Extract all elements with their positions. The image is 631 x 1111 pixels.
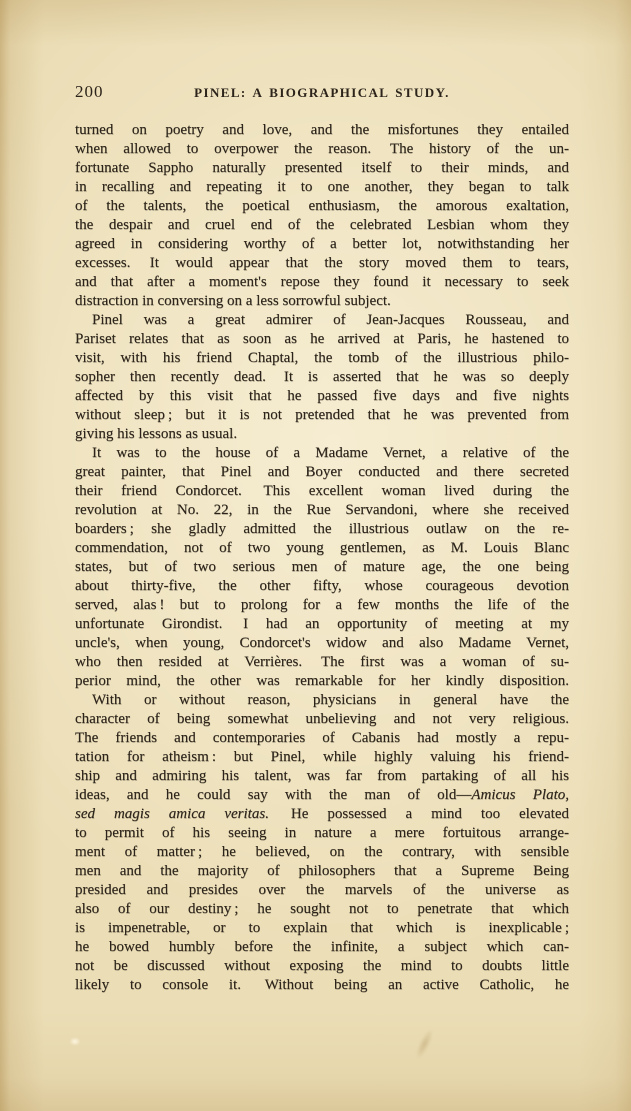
text-line: also of our destiny ; he sought not to p…: [75, 900, 569, 919]
text-line: the despair and cruel end of the celebra…: [75, 216, 569, 235]
text-line: about thirty-five, the other fifty, whos…: [75, 577, 569, 596]
paragraph: With or without reason, physicians in ge…: [75, 691, 569, 995]
text-line: giving his lessons as usual.: [75, 425, 569, 444]
text-line: With or without reason, physicians in ge…: [75, 691, 569, 710]
text-line: without sleep ; but it is not pretended …: [75, 406, 569, 425]
text-line: distraction in conversing on a less sorr…: [75, 292, 569, 311]
text-line: tation for atheism : but Pinel, while hi…: [75, 748, 569, 767]
text-line: is impenetrable, or to explain that whic…: [75, 919, 569, 938]
text-line: The friends and contemporaries of Cabani…: [75, 729, 569, 748]
text-line: turned on poetry and love, and the misfo…: [75, 121, 569, 140]
text-line: of the talents, the poetical enthusiasm,…: [75, 197, 569, 216]
text-line: Pariset relates that as soon as he arriv…: [75, 330, 569, 349]
text-line: affected by this visit that he passed fi…: [75, 387, 569, 406]
text-line: presided and presides over the marvels o…: [75, 881, 569, 900]
text-line: agreed in considering worthy of a better…: [75, 235, 569, 254]
text-line: when allowed to overpower the reason. Th…: [75, 140, 569, 159]
text-line: It was to the house of a Madame Vernet, …: [75, 444, 569, 463]
text-line: in recalling and repeating it to one ano…: [75, 178, 569, 197]
text-line: and that after a moment's repose they fo…: [75, 273, 569, 292]
page-body: turned on poetry and love, and the misfo…: [75, 121, 569, 995]
text-line: he bowed humbly before the infinite, a s…: [75, 938, 569, 957]
text-block: 200 PINEL: A BIOGRAPHICAL STUDY. turned …: [75, 82, 569, 995]
text-line: their friend Condorcet. This excellent w…: [75, 482, 569, 501]
text-line: to permit of his seeing in nature a mere…: [75, 824, 569, 843]
text-line: Pinel was a great admirer of Jean-Jacque…: [75, 311, 569, 330]
text-line: sed magis amica veritas. He possessed a …: [75, 805, 569, 824]
text-line: uncle's, when young, Condorcet's widow a…: [75, 634, 569, 653]
text-line: not be discussed without exposing the mi…: [75, 957, 569, 976]
paper-spot: [68, 1036, 82, 1047]
text-line: sopher then recently dead. It is asserte…: [75, 368, 569, 387]
text-line: ideas, and he could say with the man of …: [75, 786, 569, 805]
page-header: 200 PINEL: A BIOGRAPHICAL STUDY.: [75, 82, 569, 102]
paragraph: Pinel was a great admirer of Jean-Jacque…: [75, 311, 569, 444]
text-line: men and the majority of philosophers tha…: [75, 862, 569, 881]
paper-smudge: [409, 1021, 440, 1066]
paragraph: turned on poetry and love, and the misfo…: [75, 121, 569, 311]
scanned-book-page: 200 PINEL: A BIOGRAPHICAL STUDY. turned …: [0, 0, 631, 1111]
text-line: commendation, not of two young gentlemen…: [75, 539, 569, 558]
text-line: character of being somewhat unbelieving …: [75, 710, 569, 729]
text-line: who then resided at Verrières. The first…: [75, 653, 569, 672]
running-title: PINEL: A BIOGRAPHICAL STUDY.: [75, 85, 569, 101]
text-line: revolution at No. 22, in the Rue Servand…: [75, 501, 569, 520]
text-line: ship and admiring his talent, was far fr…: [75, 767, 569, 786]
text-line: fortunate Sappho naturally presented its…: [75, 159, 569, 178]
text-line: perior mind, the other was remarkable fo…: [75, 672, 569, 691]
text-line: visit, with his friend Chaptal, the tomb…: [75, 349, 569, 368]
text-line: great painter, that Pinel and Boyer cond…: [75, 463, 569, 482]
text-line: ment of matter ; he believed, on the con…: [75, 843, 569, 862]
text-line: likely to console it. Without being an a…: [75, 976, 569, 995]
text-line: states, but of two serious men of mature…: [75, 558, 569, 577]
paragraph: It was to the house of a Madame Vernet, …: [75, 444, 569, 691]
text-line: served, alas ! but to prolong for a few …: [75, 596, 569, 615]
text-line: unfortunate Girondist. I had an opportun…: [75, 615, 569, 634]
text-line: boarders ; she gladly admitted the illus…: [75, 520, 569, 539]
text-line: excesses. It would appear that the story…: [75, 254, 569, 273]
